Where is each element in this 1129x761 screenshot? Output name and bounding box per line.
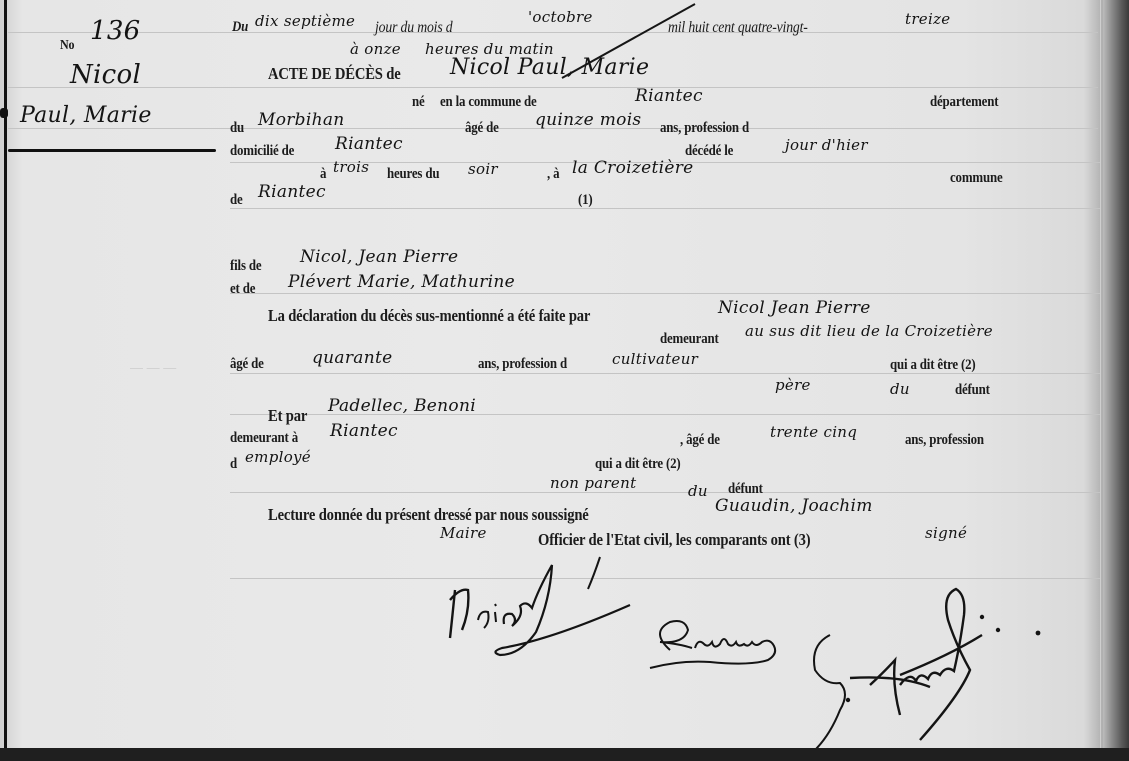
witness-residence: Riantec (330, 421, 398, 441)
left-notch (0, 108, 8, 118)
signature-nicol (440, 560, 660, 670)
text-d: d (230, 456, 237, 473)
signature-guaudin (770, 575, 1060, 748)
text-domicilie: domicilié de (230, 143, 294, 160)
act-title: ACTE DE DÉCÈS de (268, 64, 401, 84)
text-age-de: âgé de (465, 120, 499, 137)
text-departement: département (930, 94, 998, 111)
margin-surname: Nicol (70, 60, 141, 90)
margin-number-label: No (60, 38, 74, 54)
text-de: de (230, 192, 243, 209)
witness-profession: employé (245, 448, 311, 466)
text-signe: signé (925, 524, 967, 542)
declarant-age: quarante (312, 348, 392, 368)
binding-edge (1100, 0, 1101, 748)
margin-strike-line (560, 0, 700, 80)
witness-name: Padellec, Benoni (328, 396, 476, 416)
decorative-stroke (580, 555, 610, 595)
text-du-dept: du (230, 120, 244, 137)
witness-age: trente cinq (770, 423, 857, 441)
bottom-bar (0, 748, 1129, 761)
margin-number: 136 (90, 16, 141, 46)
death-day: dix septième (255, 12, 355, 30)
death-year: treize (905, 10, 950, 28)
margin-divider (8, 149, 216, 152)
death-period: soir (468, 160, 498, 178)
text-heures-du: heures du (387, 166, 439, 183)
text-et-de: et de (230, 281, 255, 298)
father-name: Nicol, Jean Pierre (300, 247, 458, 267)
ruled-line (230, 208, 1100, 209)
text-commune-de: en la commune de (440, 94, 537, 111)
birth-commune: Riantec (635, 86, 703, 106)
document-page: No 136 Nicol Paul, Marie Du dix septième… (0, 0, 1129, 748)
footnote-1: (1) (578, 192, 593, 209)
text-du-3: du (688, 482, 708, 500)
ruled-line (8, 87, 1098, 88)
margin-given-names: Paul, Marie (20, 103, 152, 128)
text-ans-profession-3: ans, profession (905, 432, 984, 449)
deceased-age: quinze mois (535, 110, 641, 130)
text-officier: Officier de l'Etat civil, les comparants… (538, 530, 810, 550)
witness-relation: non parent (550, 474, 636, 492)
page-binding (1103, 0, 1129, 748)
text-qui-a-dit-2: qui a dit être (2) (595, 456, 681, 473)
text-du: Du (232, 19, 248, 36)
text-demeurant: demeurant (660, 331, 719, 348)
death-commune: Riantec (258, 182, 326, 202)
text-demeurant-a: demeurant à (230, 430, 298, 447)
ruled-line (230, 293, 1100, 294)
ruled-line (8, 32, 1098, 33)
declarant-residence: au sus dit lieu de la Croizetière (745, 322, 993, 340)
officer-name: Guaudin, Joachim (715, 496, 873, 516)
text-age-de-2: âgé de (230, 356, 264, 373)
domicile: Riantec (335, 134, 403, 154)
officer-role: Maire (440, 524, 487, 542)
mother-name: Plévert Marie, Mathurine (288, 272, 515, 292)
registration-time: à onze (350, 40, 401, 58)
death-hour: trois (333, 158, 369, 176)
text-ne: né (412, 94, 425, 111)
text-declaration: La déclaration du décès sus-mentionné a … (268, 306, 590, 326)
death-date: jour d'hier (785, 136, 868, 154)
text-qui-a-dit: qui a dit être (2) (890, 357, 976, 374)
text-du-2: du (890, 380, 910, 398)
text-commune: commune (950, 170, 1003, 187)
text-et-par: Et par (268, 406, 307, 426)
birth-department: Morbihan (258, 110, 345, 130)
text-ans-profession-2: ans, profession d (478, 356, 567, 373)
declarant-profession: cultivateur (612, 350, 698, 368)
text-fils-de: fils de (230, 258, 261, 275)
declarant-relation: père (775, 376, 811, 394)
text-age-de-3: , âgé de (680, 432, 720, 449)
ruled-line (230, 492, 1100, 493)
text-a-place: , à (547, 166, 559, 183)
bleed-through-text: — — — (130, 360, 176, 375)
text-lecture: Lecture donnée du présent dressé par nou… (268, 505, 589, 525)
death-place: la Croizetière (572, 158, 694, 178)
text-jour-du-mois: jour du mois d (375, 19, 452, 37)
text-a: à (320, 166, 326, 183)
text-ans-profession: ans, profession d (660, 120, 749, 137)
declarant-name: Nicol Jean Pierre (718, 298, 871, 318)
text-defunt: défunt (955, 382, 990, 399)
